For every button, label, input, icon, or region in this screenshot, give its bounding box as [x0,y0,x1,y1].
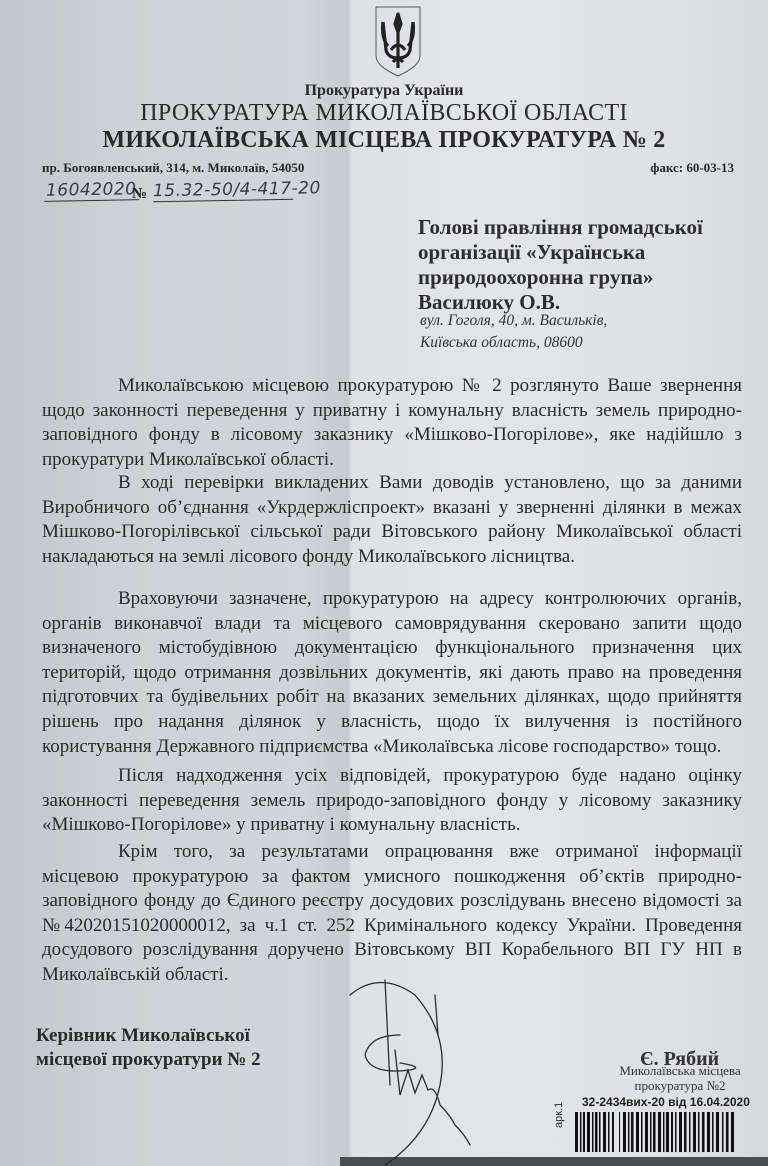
stamp-line-2: прокуратура №2 [610,1078,750,1094]
paragraph-text: Після надходження усіх відповідей, проку… [42,764,742,838]
header-regional-prosecutor: ПРОКУРАТУРА МИКОЛАЇВСЬКОЇ ОБЛАСТІ [0,100,768,127]
header-prosecutor-ukraine: Прокуратура України [0,82,768,100]
signatory-title: Керівник Миколаївської місцевої прокурат… [36,1024,261,1072]
letterhead-fax: факс: 60-03-13 [650,160,734,176]
handwritten-date: 16042020 [44,179,139,202]
handwritten-reference-number: 15.32-50/4-417-20 [153,179,293,202]
stamp-line-1: Миколаївська місцева [610,1063,750,1079]
signatory-title-line-1: Керівник Миколаївської [36,1024,261,1048]
paragraph-text: Крім того, за результатами опрацювання в… [42,840,742,988]
body-paragraph-4: Після надходження усіх відповідей, проку… [42,764,742,838]
number-sign: № [132,186,148,203]
recipient-address: вул. Гоголя, 40, м. Васильків, Київська … [420,310,607,354]
recipient-address-line-2: Київська область, 08600 [420,332,607,354]
header-local-prosecutor: МИКОЛАЇВСЬКА МІСЦЕВА ПРОКУРАТУРА № 2 [0,127,768,154]
recipient-line-1: Голові правління громадської [418,215,738,240]
recipient-block: Голові правління громадської організації… [418,215,738,315]
body-paragraph-1: Миколаївською місцевою прокуратурою № 2 … [42,374,742,472]
stamp-registration-number: 32-2434вих-20 від 16.04.2020 [582,1095,750,1109]
reference-number-text: 15.32-50/4-417-20 [153,178,321,201]
sheet-label: арк.1 [553,1102,565,1128]
body-paragraph-3: Враховуючи зазначене, прокуратурою на ад… [42,587,742,759]
barcode-icon [575,1112,740,1152]
paragraph-text: Враховуючи зазначене, прокуратурою на ад… [42,587,742,759]
paragraph-text: Миколаївською місцевою прокуратурою № 2 … [42,374,742,472]
paragraph-text: В ході перевірки викладених Вами доводів… [42,471,742,569]
recipient-address-line-1: вул. Гоголя, 40, м. Васильків, [420,310,607,332]
body-paragraph-5: Крім того, за результатами опрацювання в… [42,840,742,988]
recipient-line-3: природоохоронна група» [418,265,738,290]
recipient-line-2: організації «Українська [418,240,738,265]
body-paragraph-2: В ході перевірки викладених Вами доводів… [42,471,742,569]
signatory-title-line-2: місцевої прокуратури № 2 [36,1048,261,1072]
letterhead-address: пр. Богоявленський, 314, м. Миколаїв, 54… [42,160,304,176]
trident-coat-of-arms-icon [373,4,423,78]
handwritten-signature-icon [340,975,500,1165]
